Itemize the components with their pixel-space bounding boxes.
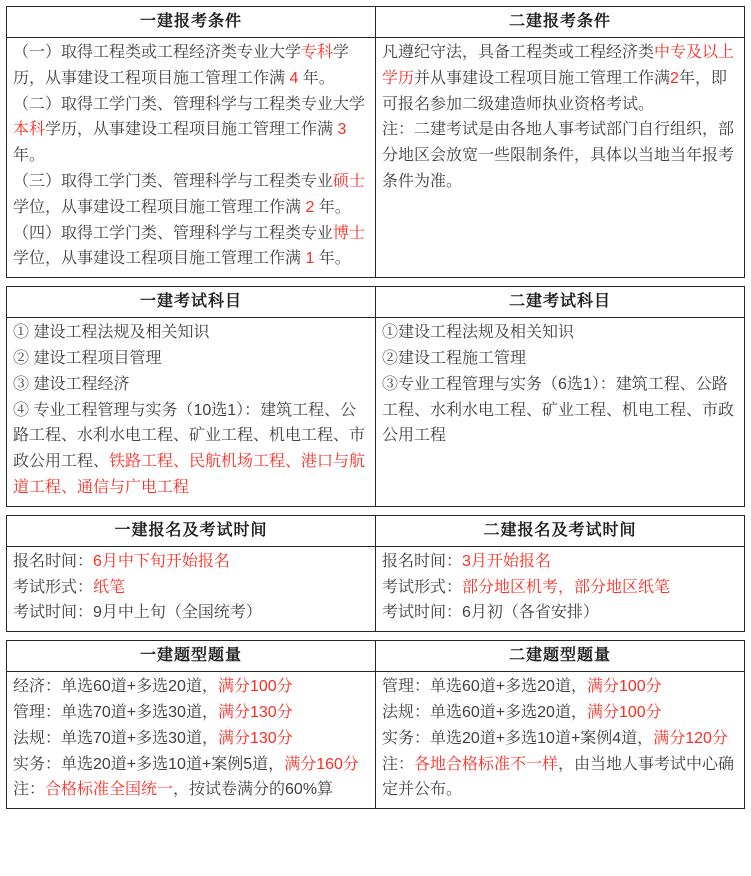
paragraph: ②建设工程施工管理: [382, 346, 738, 372]
highlight-text: 2: [670, 70, 679, 87]
paragraph: 考试时间：9月中上旬（全国统考）: [13, 600, 369, 626]
header-row: 一建考试科目 二建考试科目: [7, 287, 745, 318]
text-segment: 管理：单选70道+多选30道，: [13, 704, 218, 721]
body-row: ① 建设工程法规及相关知识② 建设工程项目管理③ 建设工程经济④ 专业工程管理与…: [7, 318, 745, 507]
cell-erjian-requirements: 凡遵纪守法，具备工程类或工程经济类中专及以上学历并从事建设工程项目施工管理工作满…: [376, 38, 745, 278]
header-yijian-requirements: 一建报考条件: [7, 7, 376, 38]
text-segment: 注：: [13, 781, 45, 798]
cell-yijian-question-format: 经济：单选60道+多选20道，满分100分管理：单选70道+多选30道，满分13…: [7, 672, 376, 809]
highlight-text: 博士: [333, 225, 365, 242]
paragraph: 管理：单选60道+多选20道，满分100分: [382, 674, 738, 700]
highlight-text: 硕士: [333, 173, 365, 190]
paragraph: ④ 专业工程管理与实务（10选1）：建筑工程、公路工程、水利水电工程、矿业工程、…: [13, 398, 369, 501]
text-segment: 学位，从事建设工程项目施工管理工作满: [13, 199, 305, 216]
text-segment: 考试时间：6月初（各省安排）: [382, 604, 599, 621]
text-segment: ③ 建设工程经济: [13, 376, 129, 393]
text-segment: ②建设工程施工管理: [382, 350, 526, 367]
highlight-text: 满分100分: [218, 678, 293, 695]
exam-comparison-document: 一建报考条件 二建报考条件 （一）取得工程类或工程经济类专业大学专科学历，从事建…: [6, 6, 745, 809]
text-segment: ① 建设工程法规及相关知识: [13, 324, 209, 341]
highlight-text: 满分130分: [218, 704, 293, 721]
cell-yijian-requirements: （一）取得工程类或工程经济类专业大学专科学历，从事建设工程项目施工管理工作满 4…: [7, 38, 376, 278]
header-yijian-schedule: 一建报名及考试时间: [7, 515, 376, 546]
highlight-text: 合格标准全国统一: [45, 781, 173, 798]
highlight-text: 满分100分: [587, 678, 662, 695]
paragraph: 注：各地合格标准不一样，由当地人事考试中心确定并公布。: [382, 752, 738, 804]
text-segment: 实务：单选20道+多选10道+案例5道，: [13, 756, 284, 773]
body-row: 经济：单选60道+多选20道，满分100分管理：单选70道+多选30道，满分13…: [7, 672, 745, 809]
paragraph: 注：合格标准全国统一，按试卷满分的60%算: [13, 777, 369, 803]
paragraph: （四）取得工学门类、管理科学与工程类专业博士学位，从事建设工程项目施工管理工作满…: [13, 221, 369, 273]
text-segment: 实务：单选20道+多选10道+案例4道，: [382, 730, 653, 747]
cell-erjian-question-format: 管理：单选60道+多选20道，满分100分法规：单选60道+多选20道，满分10…: [376, 672, 745, 809]
paragraph: （一）取得工程类或工程经济类专业大学专科学历，从事建设工程项目施工管理工作满 4…: [13, 40, 369, 92]
text-segment: 凡遵纪守法，具备工程类或工程经济类: [382, 44, 654, 61]
header-erjian-schedule: 二建报名及考试时间: [376, 515, 745, 546]
highlight-text: 满分120分: [653, 730, 728, 747]
text-segment: 年。: [314, 250, 350, 267]
text-segment: 报名时间：: [382, 553, 462, 570]
paragraph: 凡遵纪守法，具备工程类或工程经济类中专及以上学历并从事建设工程项目施工管理工作满…: [382, 40, 738, 117]
highlight-text: 满分100分: [587, 704, 662, 721]
body-row: （一）取得工程类或工程经济类专业大学专科学历，从事建设工程项目施工管理工作满 4…: [7, 38, 745, 278]
paragraph: 考试形式：纸笔: [13, 575, 369, 601]
highlight-text: 专科: [301, 44, 333, 61]
text-segment: 管理：单选60道+多选20道，: [382, 678, 587, 695]
paragraph: 报名时间：6月中下旬开始报名: [13, 549, 369, 575]
paragraph: 报名时间：3月开始报名: [382, 549, 738, 575]
text-segment: ①建设工程法规及相关知识: [382, 324, 574, 341]
paragraph: 注：二建考试是由各地人事考试部门自行组织，部分地区会放宽一些限制条件，具体以当地…: [382, 117, 738, 194]
table-exam-schedule: 一建报名及考试时间 二建报名及考试时间 报名时间：6月中下旬开始报名考试形式：纸…: [6, 515, 745, 632]
highlight-text: 各地合格标准不一样: [414, 756, 558, 773]
text-segment: 考试形式：: [382, 579, 462, 596]
text-segment: 学位，从事建设工程项目施工管理工作满: [13, 250, 305, 267]
paragraph: ①建设工程法规及相关知识: [382, 320, 738, 346]
header-row: 一建报考条件 二建报考条件: [7, 7, 745, 38]
text-segment: （二）取得工学门类、管理科学与工程类专业大学: [13, 96, 365, 113]
cell-yijian-schedule: 报名时间：6月中下旬开始报名考试形式：纸笔考试时间：9月中上旬（全国统考）: [7, 546, 376, 631]
highlight-text: 部分地区机考，部分地区纸笔: [462, 579, 670, 596]
paragraph: ③专业工程管理与实务（6选1）：建筑工程、公路工程、水利水电工程、矿业工程、机电…: [382, 372, 738, 449]
text-segment: ③专业工程管理与实务（6选1）：建筑工程、公路工程、水利水电工程、矿业工程、机电…: [382, 376, 734, 445]
paragraph: 法规：单选60道+多选20道，满分100分: [382, 700, 738, 726]
paragraph: 管理：单选70道+多选30道，满分130分: [13, 700, 369, 726]
text-segment: 考试时间：9月中上旬（全国统考）: [13, 604, 262, 621]
cell-erjian-subjects: ①建设工程法规及相关知识②建设工程施工管理③专业工程管理与实务（6选1）：建筑工…: [376, 318, 745, 507]
highlight-text: 纸笔: [93, 579, 125, 596]
text-segment: 法规：单选70道+多选30道，: [13, 730, 218, 747]
text-segment: 学历，从事建设工程项目施工管理工作满: [45, 121, 337, 138]
highlight-text: 满分130分: [218, 730, 293, 747]
header-row: 一建题型题量 二建题型题量: [7, 641, 745, 672]
text-segment: （四）取得工学门类、管理科学与工程类专业: [13, 225, 333, 242]
paragraph: 经济：单选60道+多选20道，满分100分: [13, 674, 369, 700]
paragraph: ① 建设工程法规及相关知识: [13, 320, 369, 346]
text-segment: 并从事建设工程项目施工管理工作满: [414, 70, 670, 87]
header-erjian-subjects: 二建考试科目: [376, 287, 745, 318]
table-question-format: 一建题型题量 二建题型题量 经济：单选60道+多选20道，满分100分管理：单选…: [6, 640, 745, 809]
header-row: 一建报名及考试时间 二建报名及考试时间: [7, 515, 745, 546]
paragraph: 考试形式：部分地区机考，部分地区纸笔: [382, 575, 738, 601]
table-registration-requirements: 一建报考条件 二建报考条件 （一）取得工程类或工程经济类专业大学专科学历，从事建…: [6, 6, 745, 278]
text-segment: 年。: [314, 199, 350, 216]
highlight-text: 6月中下旬开始报名: [93, 553, 230, 570]
paragraph: （三）取得工学门类、管理科学与工程类专业硕士学位，从事建设工程项目施工管理工作满…: [13, 169, 369, 221]
header-yijian-question-format: 一建题型题量: [7, 641, 376, 672]
paragraph: 实务：单选20道+多选10道+案例5道，满分160分: [13, 752, 369, 778]
paragraph: 法规：单选70道+多选30道，满分130分: [13, 726, 369, 752]
text-segment: 经济：单选60道+多选20道，: [13, 678, 218, 695]
header-erjian-requirements: 二建报考条件: [376, 7, 745, 38]
header-yijian-subjects: 一建考试科目: [7, 287, 376, 318]
paragraph: 实务：单选20道+多选10道+案例4道，满分120分: [382, 726, 738, 752]
highlight-text: 3: [337, 121, 346, 138]
text-segment: 法规：单选60道+多选20道，: [382, 704, 587, 721]
table-exam-subjects: 一建考试科目 二建考试科目 ① 建设工程法规及相关知识② 建设工程项目管理③ 建…: [6, 286, 745, 507]
paragraph: （二）取得工学门类、管理科学与工程类专业大学本科学历，从事建设工程项目施工管理工…: [13, 92, 369, 169]
text-segment: 年。: [13, 147, 45, 164]
text-segment: 报名时间：: [13, 553, 93, 570]
highlight-text: 3月开始报名: [462, 553, 551, 570]
paragraph: ③ 建设工程经济: [13, 372, 369, 398]
text-segment: （三）取得工学门类、管理科学与工程类专业: [13, 173, 333, 190]
cell-yijian-subjects: ① 建设工程法规及相关知识② 建设工程项目管理③ 建设工程经济④ 专业工程管理与…: [7, 318, 376, 507]
text-segment: 注：二建考试是由各地人事考试部门自行组织，部分地区会放宽一些限制条件，具体以当地…: [382, 121, 734, 190]
text-segment: 注：: [382, 756, 414, 773]
text-segment: 考试形式：: [13, 579, 93, 596]
paragraph: ② 建设工程项目管理: [13, 346, 369, 372]
highlight-text: 本科: [13, 121, 45, 138]
text-segment: ② 建设工程项目管理: [13, 350, 161, 367]
text-segment: ，按试卷满分的60%算: [173, 781, 333, 798]
cell-erjian-schedule: 报名时间：3月开始报名考试形式：部分地区机考，部分地区纸笔考试时间：6月初（各省…: [376, 546, 745, 631]
text-segment: （一）取得工程类或工程经济类专业大学: [13, 44, 301, 61]
text-segment: 年。: [298, 70, 334, 87]
body-row: 报名时间：6月中下旬开始报名考试形式：纸笔考试时间：9月中上旬（全国统考） 报名…: [7, 546, 745, 631]
header-erjian-question-format: 二建题型题量: [376, 641, 745, 672]
highlight-text: 满分160分: [284, 756, 359, 773]
paragraph: 考试时间：6月初（各省安排）: [382, 600, 738, 626]
